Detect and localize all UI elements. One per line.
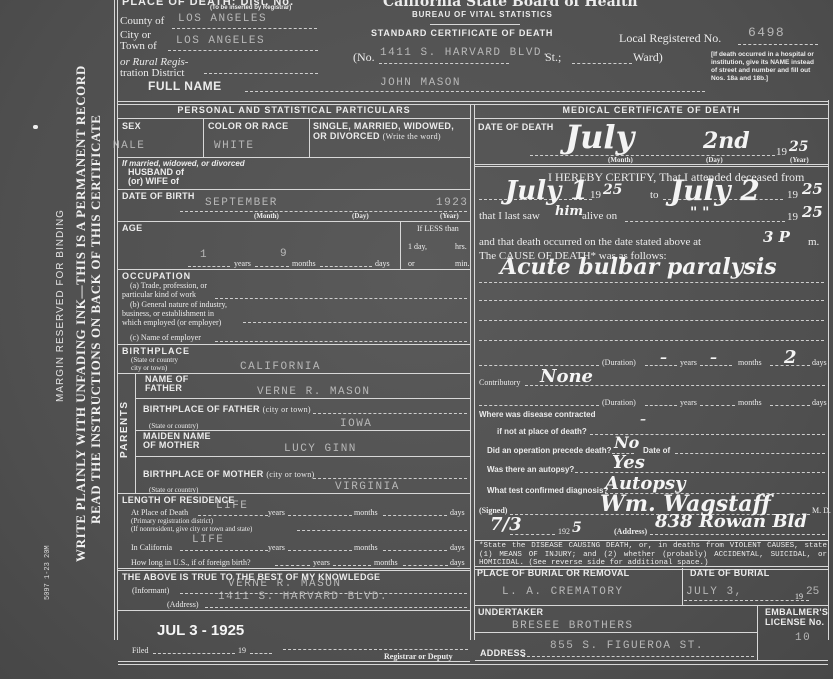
duration2-months-label: months: [738, 398, 762, 407]
less-than-label: If LESS than: [417, 224, 459, 233]
undertaker-address-label: ADDRESS: [480, 648, 526, 658]
age-months-line: [255, 266, 289, 267]
autopsy-label: Was there an autopsy?: [487, 465, 574, 474]
city-label-line2: Town of: [120, 41, 157, 52]
full-name-label: FULL NAME: [148, 79, 222, 93]
county-line: [172, 28, 317, 29]
duration-years: –: [660, 350, 667, 366]
row-rule-3: [118, 221, 470, 222]
med-rule-4: [475, 605, 828, 606]
med-rule-2: [475, 540, 828, 541]
ward-label: Ward): [633, 50, 663, 65]
bottom-rule-right: [475, 660, 828, 661]
primary-district-hint: (Primary registration district): [131, 517, 252, 525]
burial-divider: [682, 568, 683, 606]
center-divider-2: [474, 105, 475, 640]
embalmer-label: EMBALMER'S LICENSE No.: [765, 607, 828, 627]
last-saw-pronoun: him: [555, 204, 583, 219]
occ-b-line: [243, 322, 467, 323]
nonresident-line: [297, 530, 467, 531]
occupation-c: (c) Name of employer: [130, 333, 201, 342]
m-label: m.: [808, 236, 819, 248]
residence-months-label: months: [354, 508, 378, 517]
md-label: M. D.: [812, 506, 831, 515]
row-rule-1: [118, 157, 470, 158]
dob-month: SEPTEMBER: [205, 197, 278, 209]
header-rule: [118, 101, 828, 102]
death-time: 3 P: [763, 228, 790, 246]
informant-address-line: [205, 607, 467, 608]
birthplace-hint: (State or country city or town): [131, 356, 178, 372]
duration-days: 2: [784, 347, 797, 368]
signer-address: 838 Rowan Bld: [655, 511, 807, 532]
birthplace-hint-1: (State or country: [131, 356, 178, 364]
marital-hint: (Write the word): [383, 132, 441, 141]
death-address: 1411 S. HARVARD BLVD.: [380, 47, 550, 59]
marital-label-line2: OR DIVORCED: [313, 131, 380, 141]
ca-days-label: days: [450, 543, 465, 552]
attended-from-19: 19: [590, 189, 601, 201]
embalmer-divider: [757, 605, 758, 660]
st-label: St.;: [545, 50, 561, 65]
cause-of-death: Acute bulbar paralysis: [500, 254, 777, 280]
residence-months-line: [288, 515, 352, 516]
cause-line-3: [479, 320, 824, 321]
dob-line: [180, 211, 467, 212]
day-hint: (Day): [352, 212, 369, 220]
undertaker-address: 855 S. FIGUEROA ST.: [550, 640, 704, 652]
birthplace-value: CALIFORNIA: [240, 361, 321, 373]
full-name-line: [245, 91, 705, 92]
read-instructions: READ THE INSTRUCTIONS ON BACK OF THIS CE…: [88, 114, 104, 524]
to-label: to: [650, 189, 659, 201]
last-saw-date: " ": [690, 205, 709, 221]
row-rule-4: [118, 269, 470, 270]
bureau-title: BUREAU OF VITAL STATISTICS: [412, 10, 553, 19]
row-rule-11: [118, 568, 470, 569]
rural-label-line2: tration District: [120, 68, 188, 79]
parents-label: PARENTS: [119, 400, 130, 458]
informant-name: VERNE R. MASON: [228, 578, 341, 590]
row-rule-9: [136, 456, 470, 457]
occ-c-line: [215, 341, 467, 342]
sex-value: MALE: [113, 140, 145, 152]
signed-address-label: (Address): [614, 527, 647, 536]
residence-ca-line: [180, 550, 268, 551]
duration2-years-label: years: [680, 398, 697, 407]
one-day-label: 1 day,: [408, 242, 427, 251]
occ-a-line2: particular kind of work: [122, 290, 207, 299]
address-line: [379, 63, 509, 64]
age-years-line: [188, 266, 230, 267]
burial-date-line: [684, 600, 809, 601]
father-name-label-2: FATHER: [145, 384, 189, 393]
center-divider: [470, 105, 471, 640]
death-time-label: and that death occurred on the date stat…: [479, 236, 701, 248]
row-rule-2: [118, 189, 470, 190]
foreign-days-label: days: [450, 558, 465, 567]
filed-line: [153, 653, 235, 654]
attended-to-year: 25: [802, 180, 823, 198]
last-saw-label: that I last saw: [479, 210, 540, 222]
medical-title-rule: [475, 118, 828, 119]
race-value: WHITE: [214, 140, 255, 152]
last-saw-year: 25: [802, 203, 823, 221]
burial-place: L. A. CREMATORY: [502, 586, 624, 598]
residence-ca: LIFE: [192, 534, 224, 546]
hospital-note: [If death occurred in a hospital or inst…: [711, 51, 821, 83]
medical-section-title: MEDICAL CERTIFICATE OF DEATH: [475, 105, 828, 115]
duration-months: –: [710, 350, 717, 366]
marital-label-line1: SINGLE, MARRIED, WIDOWED,: [313, 121, 454, 131]
undertaker-name: BRESEE BROTHERS: [512, 620, 634, 632]
spouse-label: If married, widowed, or divorced HUSBAND…: [122, 159, 245, 186]
ca-days-line: [383, 550, 447, 551]
registrar-line: [283, 649, 468, 650]
residence-years-label: years: [268, 508, 285, 517]
residence-days-label: days: [450, 508, 465, 517]
title-rule: [430, 24, 520, 25]
signed-year: 5: [572, 520, 582, 536]
foreign-months-line: [333, 565, 371, 566]
birthplace-hint-2: city or town): [131, 364, 178, 372]
duration2-years-line: [645, 405, 677, 406]
mother-name-label: MAIDEN NAME OF MOTHER: [143, 432, 211, 450]
ca-months-line: [288, 550, 352, 551]
occupation-b: (b) General nature of industry, business…: [130, 300, 227, 327]
foreign-months-label: months: [374, 558, 398, 567]
residence-hints: (Primary registration district) (If nonr…: [131, 517, 252, 533]
marital-label: SINGLE, MARRIED, WIDOWED, OR DIVORCED (W…: [313, 121, 454, 142]
personal-section-title: PERSONAL AND STATISTICAL PARTICULARS: [118, 105, 470, 115]
duration2-days-label: days: [812, 398, 827, 407]
foreign-years-label: years: [313, 558, 330, 567]
burial-year: 25: [806, 586, 819, 598]
signed-year-prefix: 192: [558, 527, 570, 536]
occupation-a: (a) Trade, profession, or particular kin…: [130, 281, 207, 299]
burial-year-prefix: 19: [795, 592, 803, 601]
foreign-label: How long in U.S., if of foreign birth?: [131, 558, 251, 567]
county-value: LOS ANGELES: [178, 13, 267, 25]
sex-label: SEX: [122, 121, 141, 131]
dod-year: 25: [789, 139, 808, 155]
informant-address: 1411 S. HARVARD BLVD.: [218, 591, 388, 603]
autopsy-value: Yes: [612, 452, 645, 473]
age-years-label: years: [234, 259, 251, 268]
mother-name-label-2: OF MOTHER: [143, 441, 211, 450]
row-rule-5: [118, 344, 470, 345]
duration2-months-line: [700, 405, 735, 406]
signed-address-line: [650, 534, 825, 535]
dod-month-hint: (Month): [608, 156, 633, 164]
local-registered-label: Local Registered No.: [619, 31, 721, 46]
dod-day: 2nd: [703, 128, 750, 154]
residence-ca-label: In California: [131, 543, 172, 552]
race-divider: [309, 119, 310, 157]
paper-speck: [33, 125, 38, 129]
dod-year-prefix: 19: [776, 146, 787, 158]
burial-date: JULY 3,: [686, 586, 743, 598]
father-state-hint: (State or country): [149, 422, 198, 430]
bottom-rule-double: [118, 664, 828, 665]
cause-line-4: [479, 340, 824, 341]
year-hint: (Year): [440, 212, 459, 220]
sex-divider: [203, 119, 204, 157]
form-code: 5097 1-23 20M: [44, 545, 52, 600]
father-birthplace-label: BIRTHPLACE OF FATHER (city or town): [143, 404, 311, 414]
not-at-place-label: if not at place of death?: [497, 427, 587, 436]
age-days-label: days: [375, 259, 390, 268]
age-days-line: [320, 266, 372, 267]
contributory-label: Contributory: [479, 378, 520, 387]
confirmed-label: What test confirmed diagnosis?: [487, 486, 608, 495]
footnote: *State the DISEASE CAUSING DEATH, or, in…: [479, 542, 827, 568]
burial-place-label: PLACE OF BURIAL OR REMOVAL: [477, 568, 629, 578]
birthplace-label: BIRTHPLACE: [122, 346, 190, 356]
undertaker-label: UNDERTAKER: [478, 607, 543, 617]
duration-months-label: months: [738, 358, 762, 367]
undertaker-address-line: [522, 656, 754, 657]
residence-place-line: [198, 515, 268, 516]
ca-months-label: months: [354, 543, 378, 552]
alive-on-label: alive on: [582, 210, 617, 222]
undertaker-rule: [475, 632, 757, 633]
city-label: City or Town of: [120, 30, 157, 52]
dod-day-hint: (Day): [706, 156, 723, 164]
father-name-label: NAME OF FATHER: [145, 375, 189, 393]
informant-address-label: (Address): [167, 600, 199, 609]
hrs-label: hrs.: [455, 242, 467, 251]
operation-value: No: [614, 433, 639, 452]
occ-a-line1: (a) Trade, profession, or: [130, 281, 207, 290]
or-label: or: [408, 259, 415, 268]
contributory-value: None: [540, 366, 593, 387]
duration2-days-line: [770, 405, 810, 406]
frame-right: [828, 100, 829, 640]
local-registered-no: 6498: [748, 25, 785, 40]
attended-to-19: 19: [787, 189, 798, 201]
last-saw-line: [625, 221, 785, 222]
frame-left-inner: [117, 0, 118, 640]
embalmer-license: 10: [795, 632, 811, 644]
dob-year: 1923: [436, 197, 468, 209]
burial-date-label: DATE OF BURIAL: [690, 568, 770, 578]
board-title: California State Board of Health: [383, 0, 638, 10]
duration-label: (Duration): [602, 358, 636, 367]
row-rule-11b: [118, 570, 470, 571]
father-name: VERNE R. MASON: [257, 386, 370, 398]
med-rule-1: [475, 164, 828, 165]
occ-b-line2: business, or establishment in: [122, 309, 227, 318]
mother-birthplace-label: BIRTHPLACE OF MOTHER (city or town): [143, 469, 315, 479]
embalmer-label-1: EMBALMER'S: [765, 607, 828, 617]
signed-date: 7/3: [490, 514, 522, 535]
month-hint: (Month): [254, 212, 279, 220]
contracted-label: Where was disease contracted: [479, 410, 596, 419]
informant-label: (Informant): [132, 586, 169, 595]
registrar-label: Registrar or Deputy: [384, 652, 453, 661]
row-rule-12: [118, 610, 470, 611]
attended-to: July 2: [670, 174, 760, 207]
mother-birthplace-line: [313, 478, 467, 479]
row-rule-7: [136, 398, 470, 399]
attended-from-year: 25: [603, 182, 622, 198]
age-label: AGE: [122, 223, 142, 233]
frame-left: [114, 0, 115, 640]
operation-label: Did an operation precede death?: [487, 446, 611, 455]
cause-line-2: [479, 300, 824, 301]
age-months: 9: [280, 248, 288, 260]
foreign-years-line: [275, 565, 310, 566]
full-name: JOHN MASON: [380, 77, 461, 89]
bottom-rule-left: [118, 661, 470, 662]
age-years: 1: [200, 249, 208, 261]
ink-instruction: WRITE PLAINLY WITH UNFADING INK—THIS IS …: [73, 65, 89, 562]
occ-b-line1: (b) General nature of industry,: [130, 300, 227, 309]
duration2-pre-line: [479, 405, 599, 406]
occ-a-line: [215, 298, 467, 299]
father-birthplace-line: [313, 413, 467, 414]
foreign-days-line: [403, 565, 448, 566]
county-label: County of: [120, 15, 164, 27]
date-of-line: [675, 453, 825, 454]
residence-days-line: [383, 515, 447, 516]
duration2-label: (Duration): [602, 398, 636, 407]
age-divider: [400, 222, 401, 270]
binding-margin-note: MARGIN RESERVED FOR BINDING: [55, 209, 66, 402]
rural-label: or Rural Regis- tration District: [120, 57, 188, 79]
not-at-place-value: –: [640, 412, 646, 426]
duration-years-label: years: [680, 358, 697, 367]
cause-line-1: [479, 282, 824, 283]
father-city-hint: (city or town): [263, 405, 311, 414]
occ-b-line3: which employed (or employer): [122, 318, 227, 327]
date-of-label: Date of: [643, 446, 670, 455]
inserted-note: (To be inserted by Registrar): [210, 5, 291, 11]
signed-date-line: [510, 534, 555, 535]
residence-place-label: At Place of Death: [131, 508, 188, 517]
father-birthplace: IOWA: [340, 418, 372, 430]
death-certificate: MARGIN RESERVED FOR BINDING WRITE PLAINL…: [0, 0, 833, 679]
local-registered-line: [738, 44, 818, 45]
age-months-label: months: [292, 259, 316, 268]
race-label: COLOR OR RACE: [208, 121, 288, 131]
certificate-title: STANDARD CERTIFICATE OF DEATH: [371, 28, 553, 38]
mother-birthplace: VIRGINIA: [335, 481, 400, 493]
personal-title-rule: [118, 118, 470, 119]
filed-19: 19: [238, 646, 246, 655]
ward-line: [572, 63, 632, 64]
last-saw-19: 19: [787, 211, 798, 223]
spouse-wife: (or) WIFE of: [122, 177, 245, 186]
dob-label: DATE OF BIRTH: [122, 191, 195, 201]
filed-year-line: [250, 653, 272, 654]
filed-stamp: JUL 3 - 1925: [157, 622, 244, 639]
attended-from: July 1: [505, 176, 588, 206]
ca-years-label: years: [268, 543, 285, 552]
parents-divider: [135, 374, 136, 494]
mother-city-hint: (city or town): [266, 470, 314, 479]
rural-line: [204, 73, 318, 74]
dod-year-hint: (Year): [790, 156, 809, 164]
embalmer-label-2: LICENSE No.: [765, 617, 828, 627]
row-rule-10: [118, 493, 470, 494]
duration-days-label: days: [812, 358, 827, 367]
dod-month: July: [565, 118, 634, 156]
address-prefix: (No.: [353, 50, 375, 65]
dod-label: DATE OF DEATH: [478, 122, 554, 132]
med-rule-1b: [475, 166, 828, 167]
occupation-label: OCCUPATION: [122, 271, 191, 281]
nonresident-hint: (If nonresident, give city or town and s…: [131, 525, 252, 533]
city-value: LOS ANGELES: [176, 35, 265, 47]
residence-place: LIFE: [216, 500, 248, 512]
city-line: [168, 50, 318, 51]
filed-label: Filed: [132, 646, 148, 655]
min-label: min.: [455, 259, 469, 268]
mother-name: LUCY GINN: [284, 443, 357, 455]
